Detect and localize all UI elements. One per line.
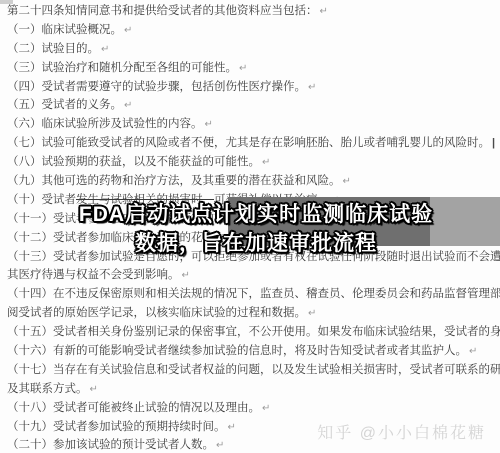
document-screenshot: 第二十四条知情同意书和提供给受试者的其他资料应当包括：↵（一）临床试验概况。↵（… <box>0 0 500 453</box>
paragraph-return-mark: ↵ <box>343 176 351 187</box>
document-line: 阅受试者的原始医学记录，以核实临床试验的过程和数据。↵ <box>7 304 500 323</box>
paragraph-return-mark: ↵ <box>308 82 316 93</box>
paragraph-return-mark: ↵ <box>469 346 477 357</box>
line-text: （十五）受试者相关身份鉴别记录的保密事宜，不公开使用。如果发布临床试验结果，受试… <box>7 326 500 338</box>
paragraph-return-mark: ↵ <box>262 157 270 168</box>
text-cursor: | <box>492 137 495 149</box>
line-text: （一）临床试验概况。 <box>7 24 122 36</box>
line-text: （八）试验预期的获益，以及不能获益的可能性。 <box>7 156 260 168</box>
paragraph-return-mark: ↵ <box>216 440 224 451</box>
paragraph-return-mark: ↵ <box>124 100 132 111</box>
paragraph-return-mark: ↵ <box>228 422 236 433</box>
document-line: （四）受试者需要遵守的试验步骤，包括创伤性医疗操作。↵ <box>7 78 500 97</box>
line-text: （二十）参加该试验的预计受试者人数。 <box>7 439 214 451</box>
document-line: 第二十四条知情同意书和提供给受试者的其他资料应当包括：↵ <box>7 2 500 21</box>
line-text: 及其联系方式。 <box>7 383 88 395</box>
line-text: （六）临床试验所涉及试验性的内容。 <box>7 118 203 130</box>
line-text: （十六）有新的可能影响受试者继续参加试验的信息时，将及时告知受试者或者其监护人。 <box>7 345 467 357</box>
paragraph-return-mark: ↵ <box>101 44 109 55</box>
watermark: 知乎 @小小白棉花糖 <box>317 420 486 443</box>
document-line: （三）试验治疗和随机分配至各组的可能性。↵ <box>7 59 500 78</box>
document-line: （十四）在不违反保密原则和相关法规的情况下，监查员、稽查员、伦理委员会和药品监督… <box>7 285 500 304</box>
line-text: 其医疗待遇与权益不会受到影响。 <box>7 269 180 281</box>
paragraph-return-mark: ↵ <box>124 25 132 36</box>
caption-line-2: 数据，旨在加速审批流程 <box>6 229 500 258</box>
document-line: （十五）受试者相关身份鉴别记录的保密事宜，不公开使用。如果发布临床试验结果，受试… <box>7 323 500 342</box>
line-text: （四）受试者需要遵守的试验步骤，包括创伤性医疗操作。 <box>7 81 306 93</box>
paragraph-return-mark: ↵ <box>90 384 98 395</box>
paragraph-return-mark: ↵ <box>262 403 270 414</box>
line-text: （七）试验可能致受试者的风险或者不便，尤其是存在影响胚胎、胎儿或者哺乳婴儿的风险… <box>7 137 490 149</box>
paragraph-return-mark: ↵ <box>308 308 316 319</box>
document-line: 其医疗待遇与权益不会受到影响。↵ <box>7 266 500 285</box>
line-text: （十九）受试者参加试验的预期持续时间。 <box>7 421 226 433</box>
document-line: （七）试验可能致受试者的风险或者不便，尤其是存在影响胚胎、胎儿或者哺乳婴儿的风险… <box>7 134 500 153</box>
document-line: （一）临床试验概况。↵ <box>7 21 500 40</box>
line-text: （十七）当存在有关试验信息和受试者权益的问题，以及发生试验相关损害时，受试者可联… <box>7 364 500 376</box>
paragraph-return-mark: ↵ <box>320 6 328 17</box>
document-line: （二）试验目的。↵ <box>7 40 500 59</box>
paragraph-return-mark: ↵ <box>205 119 213 130</box>
line-text: （二）试验目的。 <box>7 43 99 55</box>
paragraph-return-mark: ↵ <box>182 270 190 281</box>
document-line: （九）其他可选的药物和治疗方法，及其重要的潜在获益和风险。↵ <box>7 172 500 191</box>
document-line: （五）受试者的义务。↵ <box>7 96 500 115</box>
document-line: （六）临床试验所涉及试验性的内容。↵ <box>7 115 500 134</box>
document-line: （十六）有新的可能影响受试者继续参加试验的信息时，将及时告知受试者或者其监护人。… <box>7 342 500 361</box>
document-line: 及其联系方式。↵ <box>7 380 500 399</box>
paragraph-return-mark: ↵ <box>239 63 247 74</box>
line-text: （十八）受试者可能被终止试验的情况以及理由。 <box>7 402 260 414</box>
document-line: （八）试验预期的获益，以及不能获益的可能性。↵ <box>7 153 500 172</box>
line-text: （三）试验治疗和随机分配至各组的可能性。 <box>7 62 237 74</box>
document-line: （十七）当存在有关试验信息和受试者权益的问题，以及发生试验相关损害时，受试者可联… <box>7 361 500 380</box>
caption-line-1: FDA启动试点计划实时监测临床试验 <box>6 200 500 229</box>
line-text: （五）受试者的义务。 <box>7 99 122 111</box>
line-text: （九）其他可选的药物和治疗方法，及其重要的潜在获益和风险。 <box>7 175 341 187</box>
line-text: 第二十四条知情同意书和提供给受试者的其他资料应当包括： <box>7 5 318 17</box>
line-text: 阅受试者的原始医学记录，以核实临床试验的过程和数据。 <box>7 307 306 319</box>
caption-overlay: FDA启动试点计划实时监测临床试验 数据，旨在加速审批流程 <box>6 200 500 258</box>
line-text: （十四）在不违反保密原则和相关法规的情况下，监查员、稽查员、伦理委员会和药品监督… <box>7 288 500 300</box>
document-line: （十八）受试者可能被终止试验的情况以及理由。↵ <box>7 399 500 418</box>
